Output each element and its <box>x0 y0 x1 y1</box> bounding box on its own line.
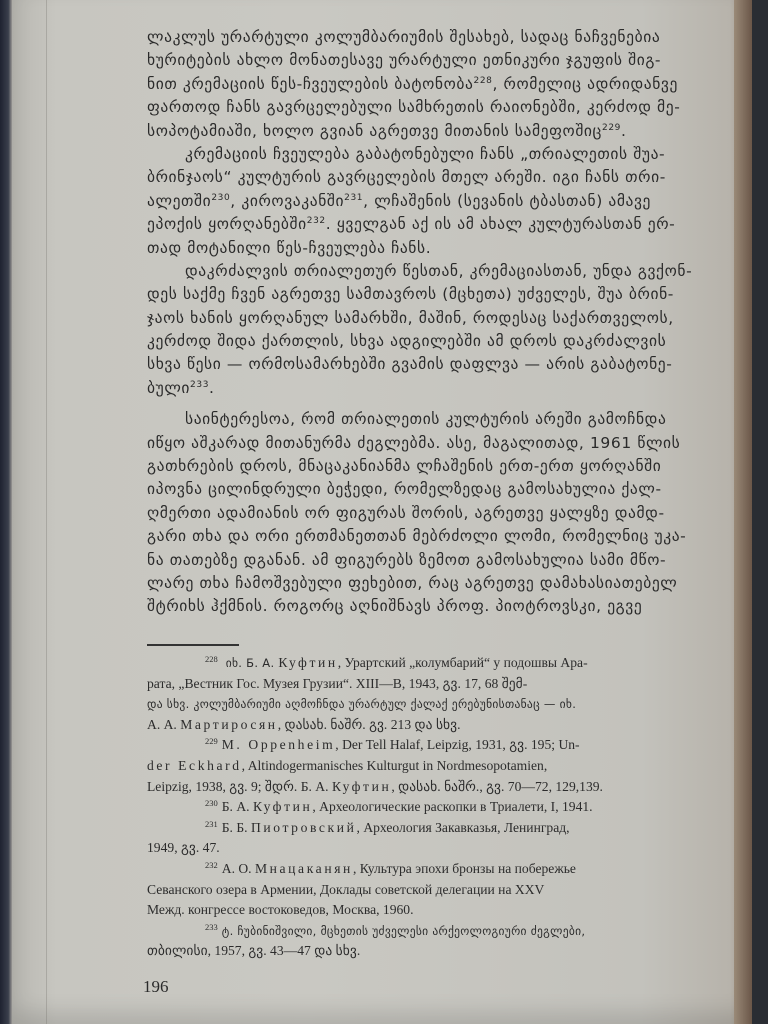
text-span: , Урартский „колумбарий“ у подошвы Ара- <box>338 655 588 670</box>
text-span: , დასახ. ნაშრ., გვ. 70—72, 129,139. <box>391 779 603 794</box>
text-span: , Археологические раскопки в Триалети, I… <box>312 799 592 814</box>
footnote-line: Межд. конгрессе востоковедов, Москва, 19… <box>147 900 747 921</box>
footnote-line: Leipzig, 1938, გვ. 9; შდრ. Б. А. Куфтин,… <box>147 777 747 798</box>
text-span: , Археология Закавказья, Ленинград, <box>357 820 570 835</box>
footnote-number: 233 <box>205 922 218 932</box>
footnote-229: 229M. Oppenheim, Der Tell Halaf, Leipzig… <box>147 735 747 756</box>
text-line: ბული233. <box>147 377 757 400</box>
page-number: 196 <box>143 977 169 997</box>
text-line: სოპოტამიაში, ხოლო გვიან აგრეთვე მითანის … <box>147 120 757 143</box>
text-line: ლაკლუს ურარტული კოლუმბარიუმის შესახებ, ს… <box>147 26 757 49</box>
text-line: იწყო აშკარად მითანურმა ძეგლებმა. ასე, მა… <box>147 432 757 455</box>
text-span: ეპოქის ყორღანებში <box>147 215 307 233</box>
text-span: Leipzig, 1938, გვ. 9; შდრ. Б. А. <box>147 779 332 794</box>
text-line: ფართოდ ჩანს გავრცელებული სამხრეთის რაიონ… <box>147 96 757 119</box>
text-line: შტრიხს ჰქმნის. როგორც აღნიშნავს პროფ. პი… <box>147 595 757 618</box>
text-span: Б. Б. <box>222 820 251 835</box>
footnote-line: рата, „Вестник Гос. Музея Грузии“. XIII—… <box>147 674 747 695</box>
footnote-228: 228 იხ. Б. А. Куфтин, Урартский „колумба… <box>147 653 747 674</box>
footnote-line: თბილისი, 1957, გვ. 43—47 და სხვ. <box>147 941 747 962</box>
footnote-ref-232[interactable]: 232 <box>307 216 326 226</box>
footnote-230: 230Б. А. Куфтин, Археологические раскопк… <box>147 797 747 818</box>
footnote-number: 232 <box>205 860 218 870</box>
text-span: ალეთში <box>147 192 211 210</box>
text-span: А. А. <box>147 717 180 732</box>
footnote-233: 233ტ. ჩუბინიშვილი, მცხეთის უძველესი არქე… <box>147 921 747 942</box>
text-span: . <box>209 379 215 397</box>
footnote-ref-229[interactable]: 229 <box>602 123 621 133</box>
text-line: ნით კრემაციის წეს-ჩვეულების ბატონობა228,… <box>147 73 757 96</box>
text-span: , Культура эпохи бронзы на побережье <box>353 861 576 876</box>
text-line: დაკრძალვის თრიალეთურ წესთან, კრემაციასთა… <box>147 260 757 283</box>
text-line: იპოვნა ცილინდრული ბეჭედი, რომელზედაც გამ… <box>147 478 757 501</box>
text-span: , ლჩაშენის (სევანის ტბასთან) ამავე <box>363 192 651 210</box>
text-span: , რომელიც ადრიდანვე <box>493 75 678 93</box>
text-span: Б. А. <box>222 799 253 814</box>
footnote-line: А. А. Мартиросян, დასახ. ნაშრ. გვ. 213 დ… <box>147 715 747 736</box>
text-span: , დასახ. ნაშრ. გვ. 213 და სხვ. <box>278 717 461 732</box>
text-span: , Altindogermanisches Kulturgut in Nordm… <box>242 758 548 773</box>
text-line: ხურიტების ახლო მონათესავე ურარტული ეთნიკ… <box>147 49 757 72</box>
author-name: Мартиросян <box>180 717 277 732</box>
text-line: დეს საქმე ჩვენ აგრეთვე სამთავროს (მცხეთა… <box>147 283 757 306</box>
footnote-ref-231[interactable]: 231 <box>344 193 363 203</box>
text-line: ეპოქის ყორღანებში232. ყველგან აქ ის ამ ა… <box>147 213 757 236</box>
text-line: თად მოტანილი წეს-ჩვეულება ჩანს. <box>147 237 757 260</box>
footnote-number: 228 <box>205 654 218 664</box>
text-line: ღმერთი ადამიანის ორ ფიგურას შორის, აგრეთ… <box>147 502 757 525</box>
text-line: ალეთში230, კიროვაკანში231, ლჩაშენის (სევ… <box>147 190 757 213</box>
footnotes: 228 იხ. Б. А. Куфтин, Урартский „колумба… <box>147 653 747 962</box>
text-line: ბრინჯაოს“ კულტურის გავრცელების მთელ არეშ… <box>147 166 757 189</box>
author-name: ტ. ჩუბინიშვილი <box>222 924 313 938</box>
author-name: M. Oppenheim <box>222 737 336 752</box>
text-line: გათხრების დროს, მნაცაკანიანმა ლჩაშენის ე… <box>147 455 757 478</box>
footnote-line: Севанского озера в Армении, Доклады сове… <box>147 880 747 901</box>
author-name: Куфтин <box>278 655 337 670</box>
text-line: ლარე თხა ჩამოშვებული ფეხებით, რაც აგრეთვ… <box>147 572 757 595</box>
footnote-line: 1949, გვ. 47. <box>147 838 747 859</box>
footnote-ref-230[interactable]: 230 <box>211 193 230 203</box>
footnote-line: და სხვ. კოლუმბარიუმი აღმოჩნდა ურარტულ ქა… <box>147 694 747 715</box>
text-span: ბული <box>147 379 190 397</box>
text-span: , Der Tell Halaf, Leipzig, 1931, გვ. 195… <box>335 737 579 752</box>
text-line: ჯაოს ხანის ყორღანულ სამარხში, მაშინ, როდ… <box>147 307 757 330</box>
text-span: იხ. Б. А. <box>222 656 279 670</box>
footnote-232: 232А. О. Мнацаканян, Культура эпохи брон… <box>147 859 747 880</box>
footnote-231: 231Б. Б. Пиотровский, Археология Закавка… <box>147 818 747 839</box>
text-line: სხვა წესი — ორმოსამარხებში გვამის დაფლვა… <box>147 353 757 376</box>
text-span: . <box>621 122 627 140</box>
main-text: ლაკლუს ურარტული კოლუმბარიუმის შესახებ, ს… <box>147 26 757 619</box>
text-span: სოპოტამიაში, ხოლო გვიან აგრეთვე მითანის … <box>147 122 602 140</box>
footnote-number: 231 <box>205 819 218 829</box>
text-line: გარი თხა და ორი ერთმანეთთან მებრძოლი ლომ… <box>147 525 757 548</box>
footnote-ref-228[interactable]: 228 <box>474 76 493 86</box>
author-name: Пиотровский <box>251 820 357 835</box>
author-name: der Eckhard <box>147 758 242 773</box>
text-span: , მცხეთის უძველესი არქეოლოგიური ძეგლები, <box>313 924 586 938</box>
paragraph-gap <box>147 400 757 408</box>
text-span: . ყველგან აქ ის ამ ახალ კულტურასთან ერ- <box>326 215 676 233</box>
footnote-separator <box>147 644 239 646</box>
page-crease <box>46 0 47 1024</box>
text-line: კერძოდ შიდა ქართლის, სხვა ადგილებში ამ დ… <box>147 330 757 353</box>
text-span: А. О. <box>222 861 255 876</box>
author-name: Куфтин <box>253 799 312 814</box>
author-name: Мнацаканян <box>255 861 353 876</box>
text-span: ნით კრემაციის წეს-ჩვეულების ბატონობა <box>147 75 474 93</box>
footnote-line: der Eckhard, Altindogermanisches Kulturg… <box>147 756 747 777</box>
footnote-ref-233[interactable]: 233 <box>190 380 209 390</box>
author-name: Куфтин <box>332 779 391 794</box>
text-line: საინტერესოა, რომ თრიალეთის კულტურის არეშ… <box>147 408 757 431</box>
text-line: ნა თათებზე დგანან. ამ ფიგურებს ზემოთ გამ… <box>147 549 757 572</box>
text-line: კრემაციის ჩვეულება გაბატონებული ჩანს „თრ… <box>147 143 757 166</box>
footnote-number: 229 <box>205 736 218 746</box>
text-span: , კიროვაკანში <box>230 192 344 210</box>
footnote-number: 230 <box>205 798 218 808</box>
